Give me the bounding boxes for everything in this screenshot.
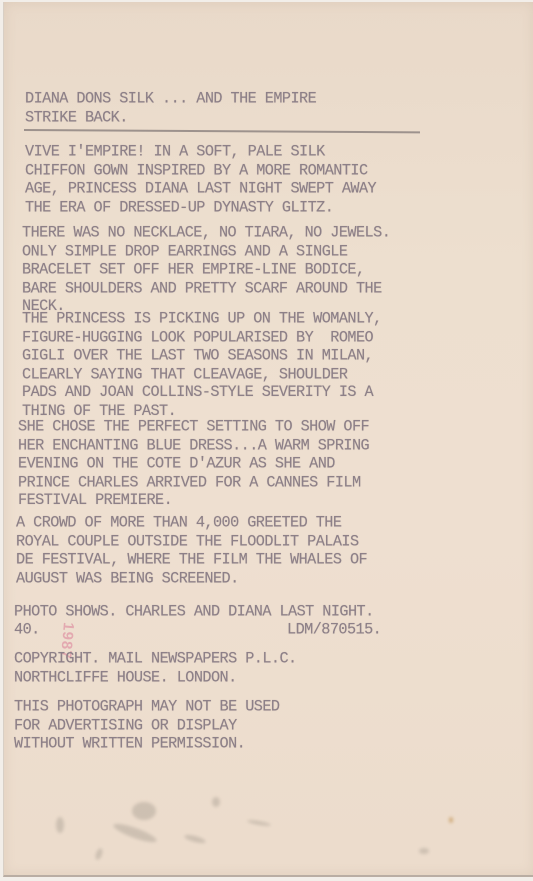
text-line: VIVE I'EMPIRE! IN A SOFT, PALE SILK (25, 143, 376, 161)
paper-smudge (419, 848, 429, 854)
text-line: A CROWD OF MORE THAN 4,000 GREETED THE (16, 514, 367, 532)
text-line: FIGURE-HUGGING LOOK POPULARISED BY ROMEO (22, 328, 382, 346)
text-line: THERE WAS NO NECKLACE, NO TIARA, NO JEWE… (22, 224, 390, 242)
paragraph-fashion: THE PRINCESS IS PICKING UP ON THE WOMANL… (22, 310, 382, 421)
text-line: AGE, PRINCESS DIANA LAST NIGHT SWEPT AWA… (25, 180, 376, 198)
caption-sheet: DIANA DONS SILK ... AND THE EMPIRESTRIKE… (3, 2, 533, 877)
text-line: PADS AND JOAN COLLINS-STYLE SEVERITY IS … (22, 384, 382, 402)
text-line: HER ENCHANTING BLUE DRESS...A WARM SPRIN… (18, 436, 369, 454)
paper-smudge (449, 817, 453, 823)
photo-reference: LDM/870515. (287, 621, 381, 639)
text-line: BRACELET SET OFF HER EMPIRE-LINE BODICE, (22, 261, 390, 279)
copyright-notice: COPYRIGHT. MAIL NEWSPAPERS P.L.C.NORTHCL… (14, 650, 297, 687)
text-line: THE PRINCESS IS PICKING UP ON THE WOMANL… (22, 310, 382, 328)
headline: DIANA DONS SILK ... AND THE EMPIRESTRIKE… (25, 90, 316, 127)
paragraph-intro: VIVE I'EMPIRE! IN A SOFT, PALE SILKCHIFF… (25, 143, 376, 217)
text-line: GIGLI OVER THE LAST TWO SEASONS IN MILAN… (22, 347, 382, 365)
text-line: THIS PHOTOGRAPH MAY NOT BE USED (14, 698, 279, 716)
text-line: EVENING ON THE COTE D'AZUR AS SHE AND (18, 455, 369, 473)
paper-smudge (112, 820, 159, 845)
text-line: BARE SHOULDERS AND PRETTY SCARF AROUND T… (22, 279, 390, 297)
text-line: ROYAL COUPLE OUTSIDE THE FLOODLIT PALAIS (16, 532, 367, 550)
paragraph-accessories: THERE WAS NO NECKLACE, NO TIARA, NO JEWE… (22, 224, 390, 316)
paper-smudge (184, 833, 207, 844)
paper-smudge (132, 802, 156, 820)
headline-underline (24, 129, 420, 133)
paper-smudge (56, 817, 64, 833)
text-line: DE FESTIVAL, WHERE THE FILM THE WHALES O… (16, 551, 367, 569)
text-line: WITHOUT WRITTEN PERMISSION. (14, 735, 279, 753)
text-line: AUGUST WAS BEING SCREENED. (16, 569, 367, 587)
text-line: PRINCE CHARLES ARRIVED FOR A CANNES FILM (18, 473, 369, 491)
headline-line: DIANA DONS SILK ... AND THE EMPIRE (25, 90, 316, 108)
paper-smudge (94, 847, 104, 860)
paragraph-setting: SHE CHOSE THE PERFECT SETTING TO SHOW OF… (18, 418, 369, 510)
text-line: THE ERA OF DRESSED-UP DYNASTY GLITZ. (25, 198, 376, 216)
paragraph-crowd: A CROWD OF MORE THAN 4,000 GREETED THERO… (16, 514, 367, 588)
paper-smudge (247, 819, 271, 827)
text-line: NORTHCLIFFE HOUSE. LONDON. (14, 668, 297, 686)
headline-line: STRIKE BACK. (25, 108, 316, 126)
text-line: SHE CHOSE THE PERFECT SETTING TO SHOW OF… (18, 418, 369, 436)
text-line: CHIFFON GOWN INSPIRED BY A MORE ROMANTIC (25, 161, 376, 179)
text-line: CLEARLY SAYING THAT CLEAVAGE, SHOULDER (22, 365, 382, 383)
paper-smudge (212, 797, 220, 807)
text-line: COPYRIGHT. MAIL NEWSPAPERS P.L.C. (14, 650, 297, 668)
photo-credit: PHOTO SHOWS. CHARLES AND DIANA LAST NIGH… (14, 603, 374, 621)
text-line: FESTIVAL PREMIERE. (18, 492, 369, 510)
usage-warning: THIS PHOTOGRAPH MAY NOT BE USEDFOR ADVER… (14, 698, 279, 753)
photo-number: 40. (14, 621, 40, 639)
photo-reference-line: 40. LDM/870515. (14, 621, 533, 641)
text-line: ONLY SIMPLE DROP EARRINGS AND A SINGLE (22, 242, 390, 260)
text-line: FOR ADVERTISING OR DISPLAY (14, 716, 279, 734)
